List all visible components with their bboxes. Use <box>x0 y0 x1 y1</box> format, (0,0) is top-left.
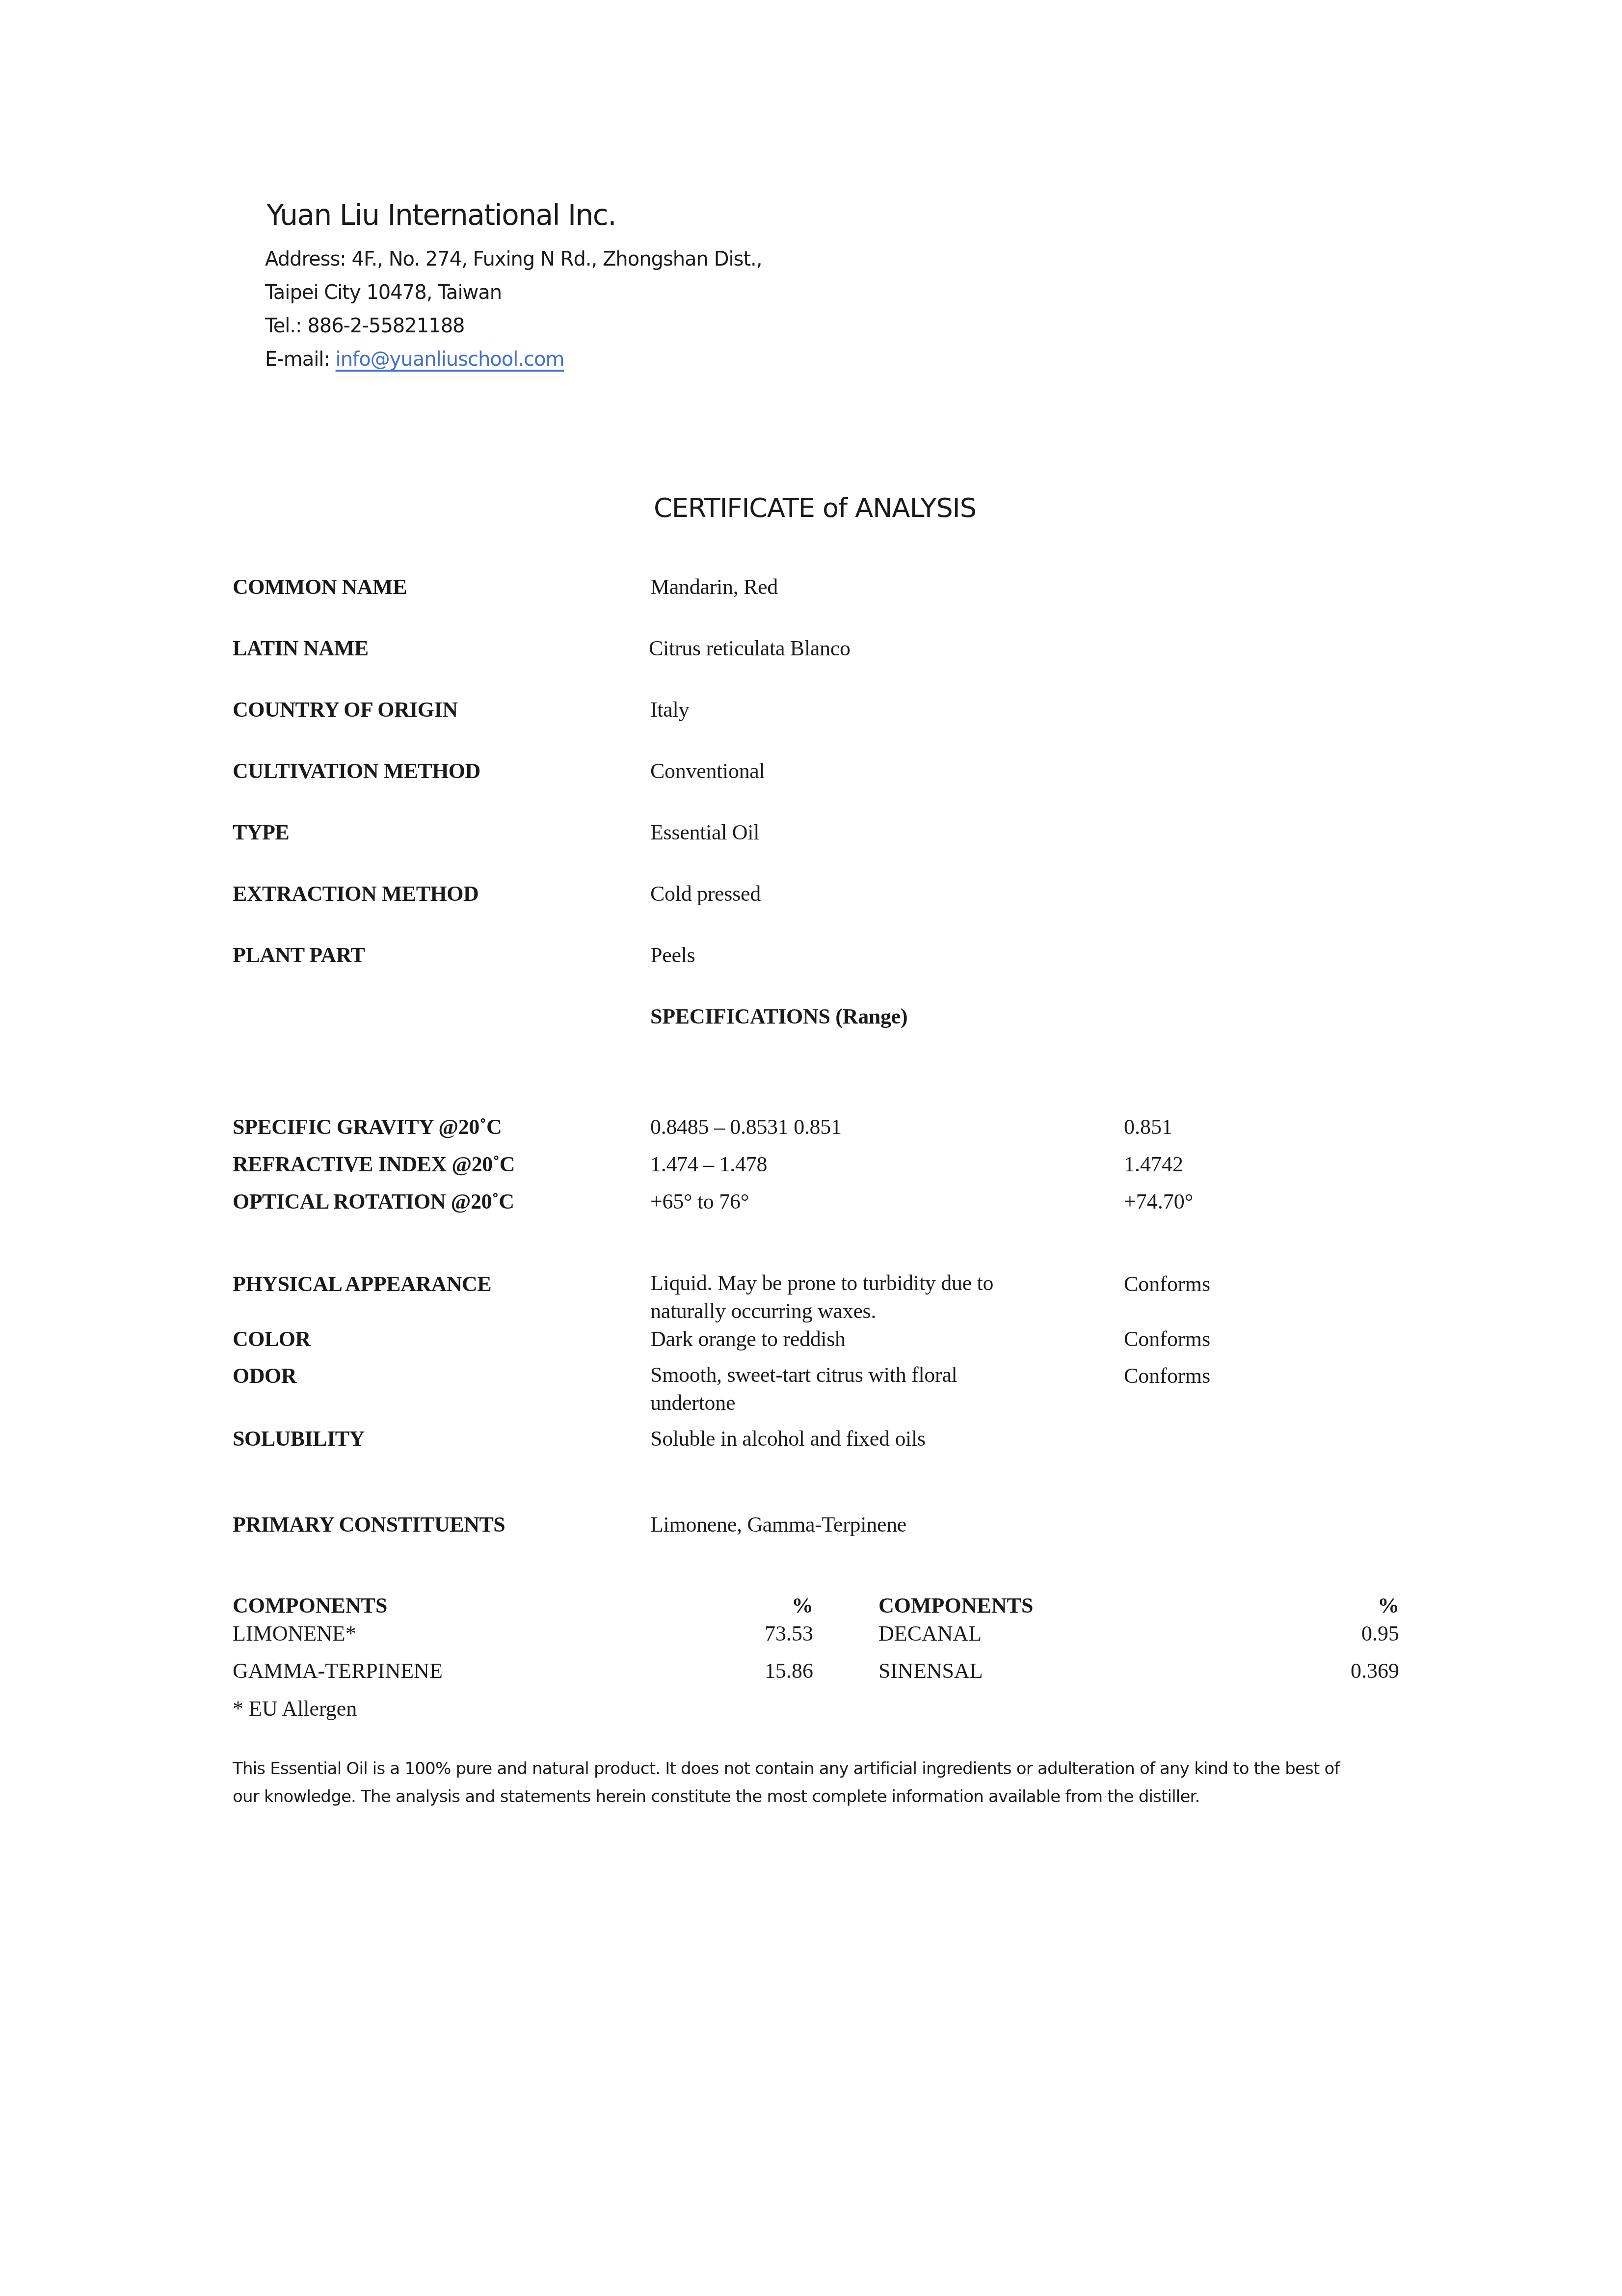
component-pct: 0.369 <box>1301 1658 1399 1683</box>
spec-range-optical-rotation: +65° to 76° <box>650 1189 749 1214</box>
field-label-extraction-method: EXTRACTION METHOD <box>233 881 479 906</box>
spec-value-solubility: Soluble in alcohol and fixed oils <box>650 1426 926 1451</box>
field-label-cultivation-method: CULTIVATION METHOD <box>233 758 480 783</box>
spec-result-color: Conforms <box>1124 1326 1210 1351</box>
primary-constituents-label: PRIMARY CONSTITUENTS <box>233 1512 505 1537</box>
field-value-type: Essential Oil <box>650 820 759 845</box>
components-header-left: COMPONENTS <box>233 1593 387 1618</box>
document-title: CERTIFICATE of ANALYSIS <box>654 492 976 523</box>
component-pct: 15.86 <box>715 1658 813 1683</box>
spec-label-specific-gravity: SPECIFIC GRAVITY @20˚C <box>233 1114 502 1139</box>
spec-label-optical-rotation: OPTICAL ROTATION @20˚C <box>233 1189 514 1214</box>
spec-result-odor: Conforms <box>1124 1363 1210 1388</box>
pct-header-left: % <box>715 1593 813 1618</box>
specifications-heading: SPECIFICATIONS (Range) <box>650 1004 907 1029</box>
spec-value-odor: Smooth, sweet-tart citrus with floral un… <box>650 1361 994 1417</box>
spec-range-specific-gravity: 0.8485 – 0.8531 0.851 <box>650 1114 842 1139</box>
spec-result-specific-gravity: 0.851 <box>1124 1114 1172 1139</box>
allergen-footnote: * EU Allergen <box>233 1696 357 1721</box>
spec-range-refractive-index: 1.474 – 1.478 <box>650 1152 767 1177</box>
field-value-latin-name: Citrus reticulata Blanco <box>649 636 851 661</box>
spec-value-color: Dark orange to reddish <box>650 1326 846 1351</box>
company-tel: Tel.: 886-2-55821188 <box>265 315 465 337</box>
field-value-extraction-method: Cold pressed <box>650 881 761 906</box>
field-label-country-of-origin: COUNTRY OF ORIGIN <box>233 697 457 722</box>
spec-value-physical-appearance: Liquid. May be prone to turbidity due to… <box>650 1269 1023 1325</box>
email-label: E-mail: <box>265 348 336 371</box>
company-address-line2: Taipei City 10478, Taiwan <box>265 281 502 304</box>
field-label-latin-name: LATIN NAME <box>233 636 369 661</box>
disclaimer-text: This Essential Oil is a 100% pure and na… <box>233 1755 1361 1811</box>
field-label-type: TYPE <box>233 820 289 845</box>
component-pct: 0.95 <box>1301 1621 1399 1646</box>
component-name: LIMONENE* <box>233 1621 356 1646</box>
company-address-line1: Address: 4F., No. 274, Fuxing N Rd., Zho… <box>265 248 762 270</box>
spec-result-refractive-index: 1.4742 <box>1124 1152 1183 1177</box>
component-name: GAMMA-TERPINENE <box>233 1658 443 1683</box>
primary-constituents-value: Limonene, Gamma-Terpinene <box>650 1512 906 1537</box>
components-header-right: COMPONENTS <box>878 1593 1033 1618</box>
component-name: SINENSAL <box>878 1658 983 1683</box>
field-value-common-name: Mandarin, Red <box>650 574 778 599</box>
component-name: DECANAL <box>878 1621 982 1646</box>
company-email-row: E-mail: info@yuanliuschool.com <box>265 348 564 371</box>
field-label-common-name: COMMON NAME <box>233 574 407 599</box>
field-value-plant-part: Peels <box>650 943 695 968</box>
field-value-country-of-origin: Italy <box>650 697 689 722</box>
pct-header-right: % <box>1301 1593 1399 1618</box>
spec-label-solubility: SOLUBILITY <box>233 1426 365 1451</box>
company-name: Yuan Liu International Inc. <box>266 198 616 232</box>
spec-label-refractive-index: REFRACTIVE INDEX @20˚C <box>233 1152 515 1177</box>
spec-result-physical-appearance: Conforms <box>1124 1271 1210 1297</box>
spec-label-physical-appearance: PHYSICAL APPEARANCE <box>233 1271 491 1297</box>
field-value-cultivation-method: Conventional <box>650 758 765 783</box>
email-link[interactable]: info@yuanliuschool.com <box>336 348 564 371</box>
spec-label-color: COLOR <box>233 1326 311 1351</box>
spec-label-odor: ODOR <box>233 1363 296 1388</box>
field-label-plant-part: PLANT PART <box>233 943 365 968</box>
spec-result-optical-rotation: +74.70° <box>1124 1189 1193 1214</box>
component-pct: 73.53 <box>715 1621 813 1646</box>
